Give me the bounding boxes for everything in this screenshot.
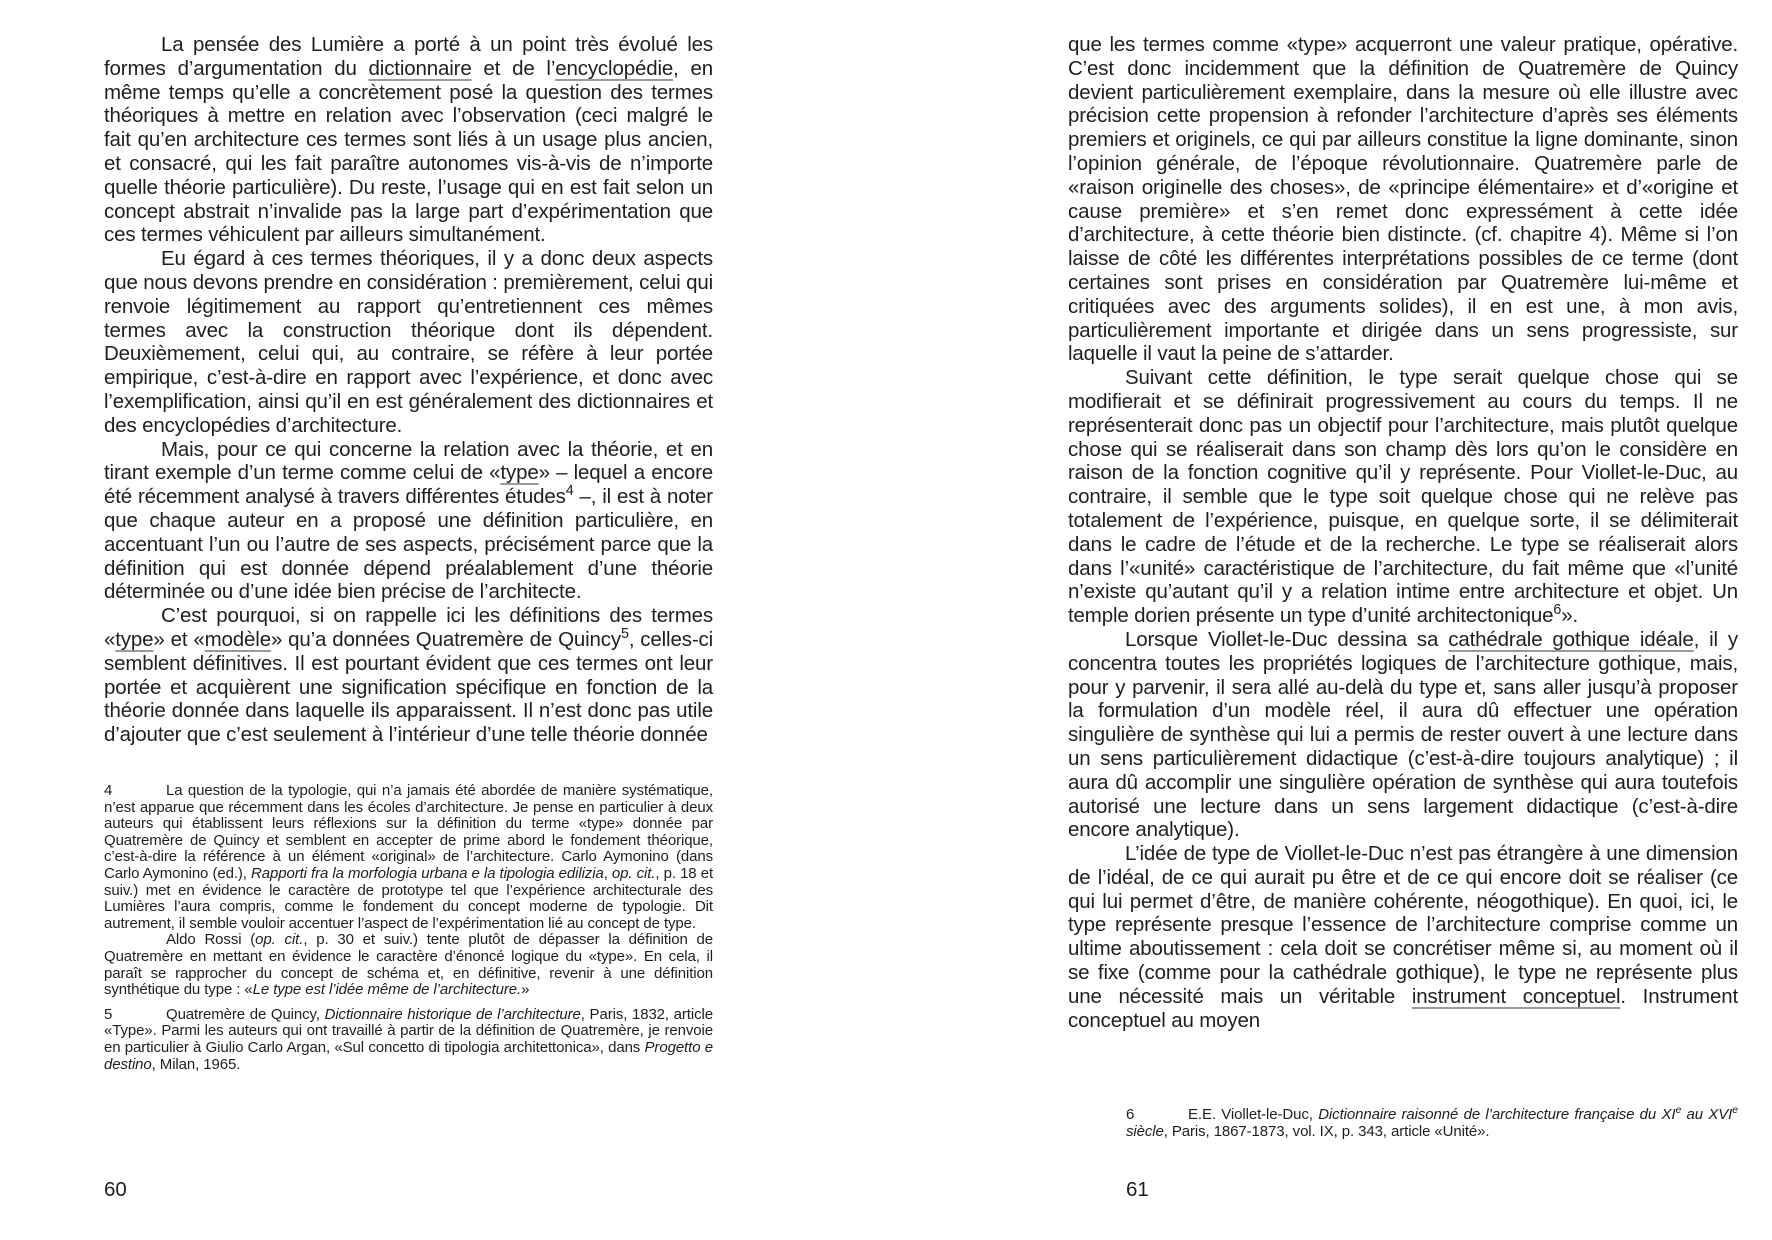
paragraph: que les termes comme «type» acquerront u… xyxy=(1068,33,1738,366)
footnote-number: 4 xyxy=(104,783,166,800)
right-body-text: que les termes comme «type» acquerront u… xyxy=(1068,33,1738,1032)
underlined-term: encyclopédie xyxy=(555,57,673,80)
footnote-4: 4La question de la typologie, qui n’a ja… xyxy=(104,783,713,999)
right-footnotes: 6E.E. Viollet-le-Duc, Dictionnaire raiso… xyxy=(1126,1107,1738,1148)
underlined-term: modèle xyxy=(205,628,271,651)
footnote-6: 6E.E. Viollet-le-Duc, Dictionnaire raiso… xyxy=(1126,1107,1738,1140)
paragraph: Suivant cette définition, le type serait… xyxy=(1068,366,1738,628)
underlined-term: dictionnaire xyxy=(369,57,472,80)
paragraph: L’idée de type de Viollet-le-Duc n’est p… xyxy=(1068,842,1738,1032)
page-number-right: 61 xyxy=(1126,1178,1149,1202)
paragraph: La pensée des Lumière a porté à un point… xyxy=(104,33,713,247)
paragraph: Mais, pour ce qui concerne la relation a… xyxy=(104,438,713,605)
underlined-term: type xyxy=(500,461,538,484)
underlined-term: type xyxy=(115,628,153,651)
paragraph: Lorsque Viollet-le-Duc dessina sa cathéd… xyxy=(1068,628,1738,842)
left-page: La pensée des Lumière a porté à un point… xyxy=(0,0,886,1240)
paragraph: Eu égard à ces termes théoriques, il y a… xyxy=(104,247,713,437)
underlined-term: instrument conceptuel xyxy=(1412,985,1621,1008)
left-body-text: La pensée des Lumière a porté à un point… xyxy=(104,33,713,747)
footnote-number: 5 xyxy=(104,1007,166,1024)
paragraph: C’est pourquoi, si on rappelle ici les d… xyxy=(104,604,713,747)
page-number-left: 60 xyxy=(104,1178,127,1202)
right-page: que les termes comme «type» acquerront u… xyxy=(886,0,1772,1240)
left-footnotes: 4La question de la typologie, qui n’a ja… xyxy=(104,783,713,1081)
footnote-5: 5Quatremère de Quincy, Dictionnaire hist… xyxy=(104,1007,713,1073)
underlined-term: cathédrale gothique idéale xyxy=(1448,628,1693,651)
footnote-number: 6 xyxy=(1126,1107,1188,1124)
